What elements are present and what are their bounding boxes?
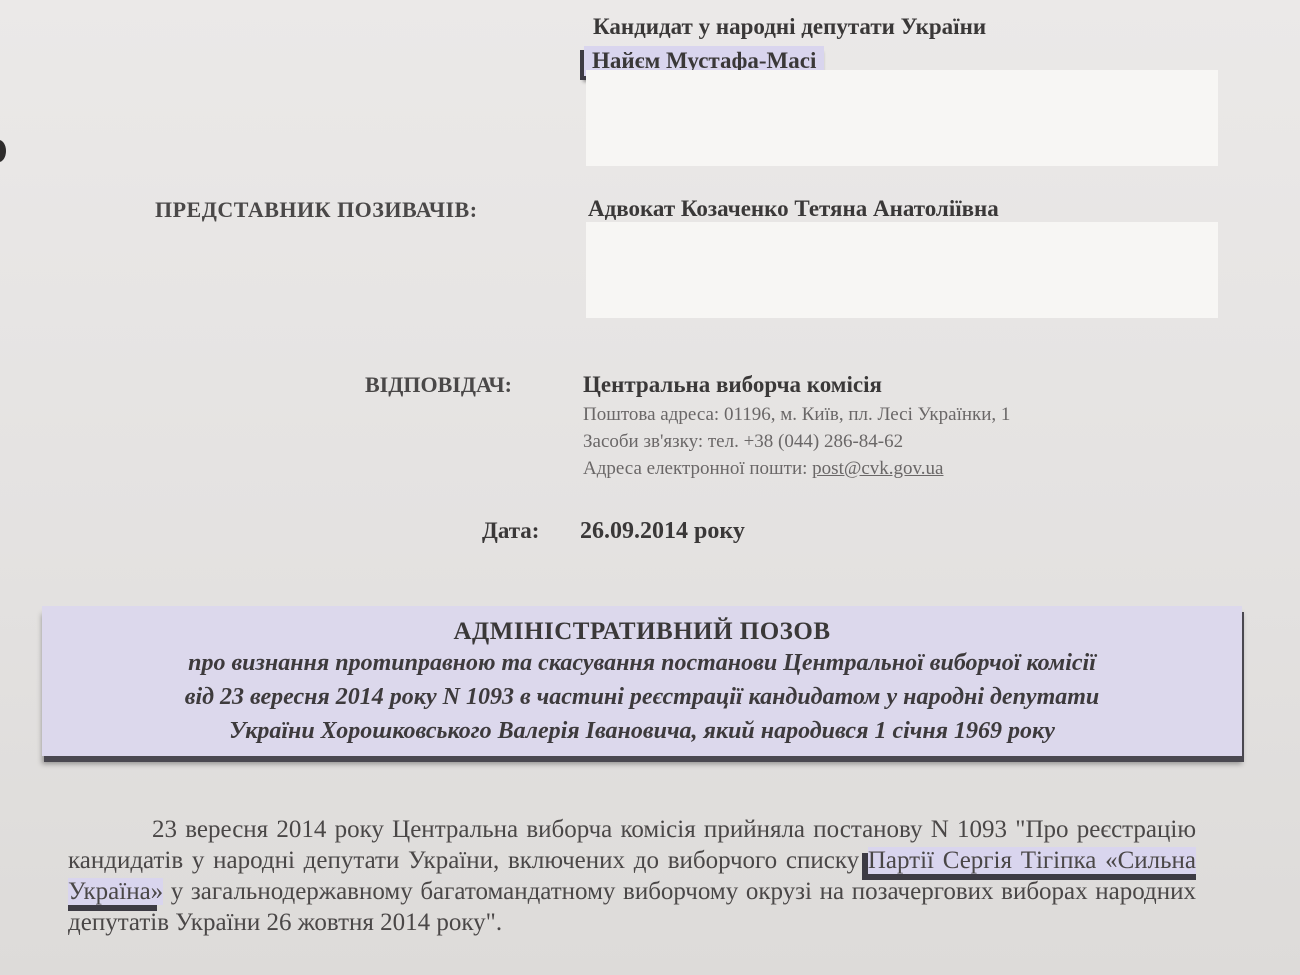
defendant-postal-address: Поштова адреса: 01196, м. Київ, пл. Лесі… [583,404,1010,426]
hole-punch-mark [0,140,6,162]
defendant-email-link[interactable]: post@cvk.gov.ua [812,458,943,479]
claim-subtitle-line-3: України Хорошковського Валерія Івановича… [42,714,1242,748]
defendant-contact: Засоби зв'язку: тел. +38 (044) 286-84-62 [583,431,903,453]
date-value: 26.09.2014 року [580,518,745,545]
representative-label: ПРЕДСТАВНИК ПОЗИВАЧІВ: [155,197,478,223]
redacted-block-2 [586,222,1218,318]
claim-title-box: АДМІНІСТРАТИВНИЙ ПОЗОВ про визнання прот… [42,606,1242,756]
redacted-block-1 [586,70,1218,166]
claim-heading: АДМІНІСТРАТИВНИЙ ПОЗОВ [42,618,1242,646]
claim-subtitle-line-2: від 23 вересня 2014 року N 1093 в частин… [42,680,1242,714]
date-label: Дата: [482,518,539,544]
body-text-part-2: у загальнодержавному багатомандатному ви… [68,878,1196,936]
defendant-name: Центральна виборча комісія [583,372,882,398]
body-paragraph: 23 вересня 2014 року Центральна виборча … [68,814,1196,938]
defendant-email-label: Адреса електронної пошти: [583,458,807,479]
defendant-label: ВІДПОВІДАЧ: [365,372,512,398]
claim-subtitle-line-1: про визнання протиправною та скасування … [42,646,1242,680]
candidate-title: Кандидат у народні депутати України [593,14,986,40]
representative-value: Адвокат Козаченко Тетяна Анатоліївна [588,196,999,222]
